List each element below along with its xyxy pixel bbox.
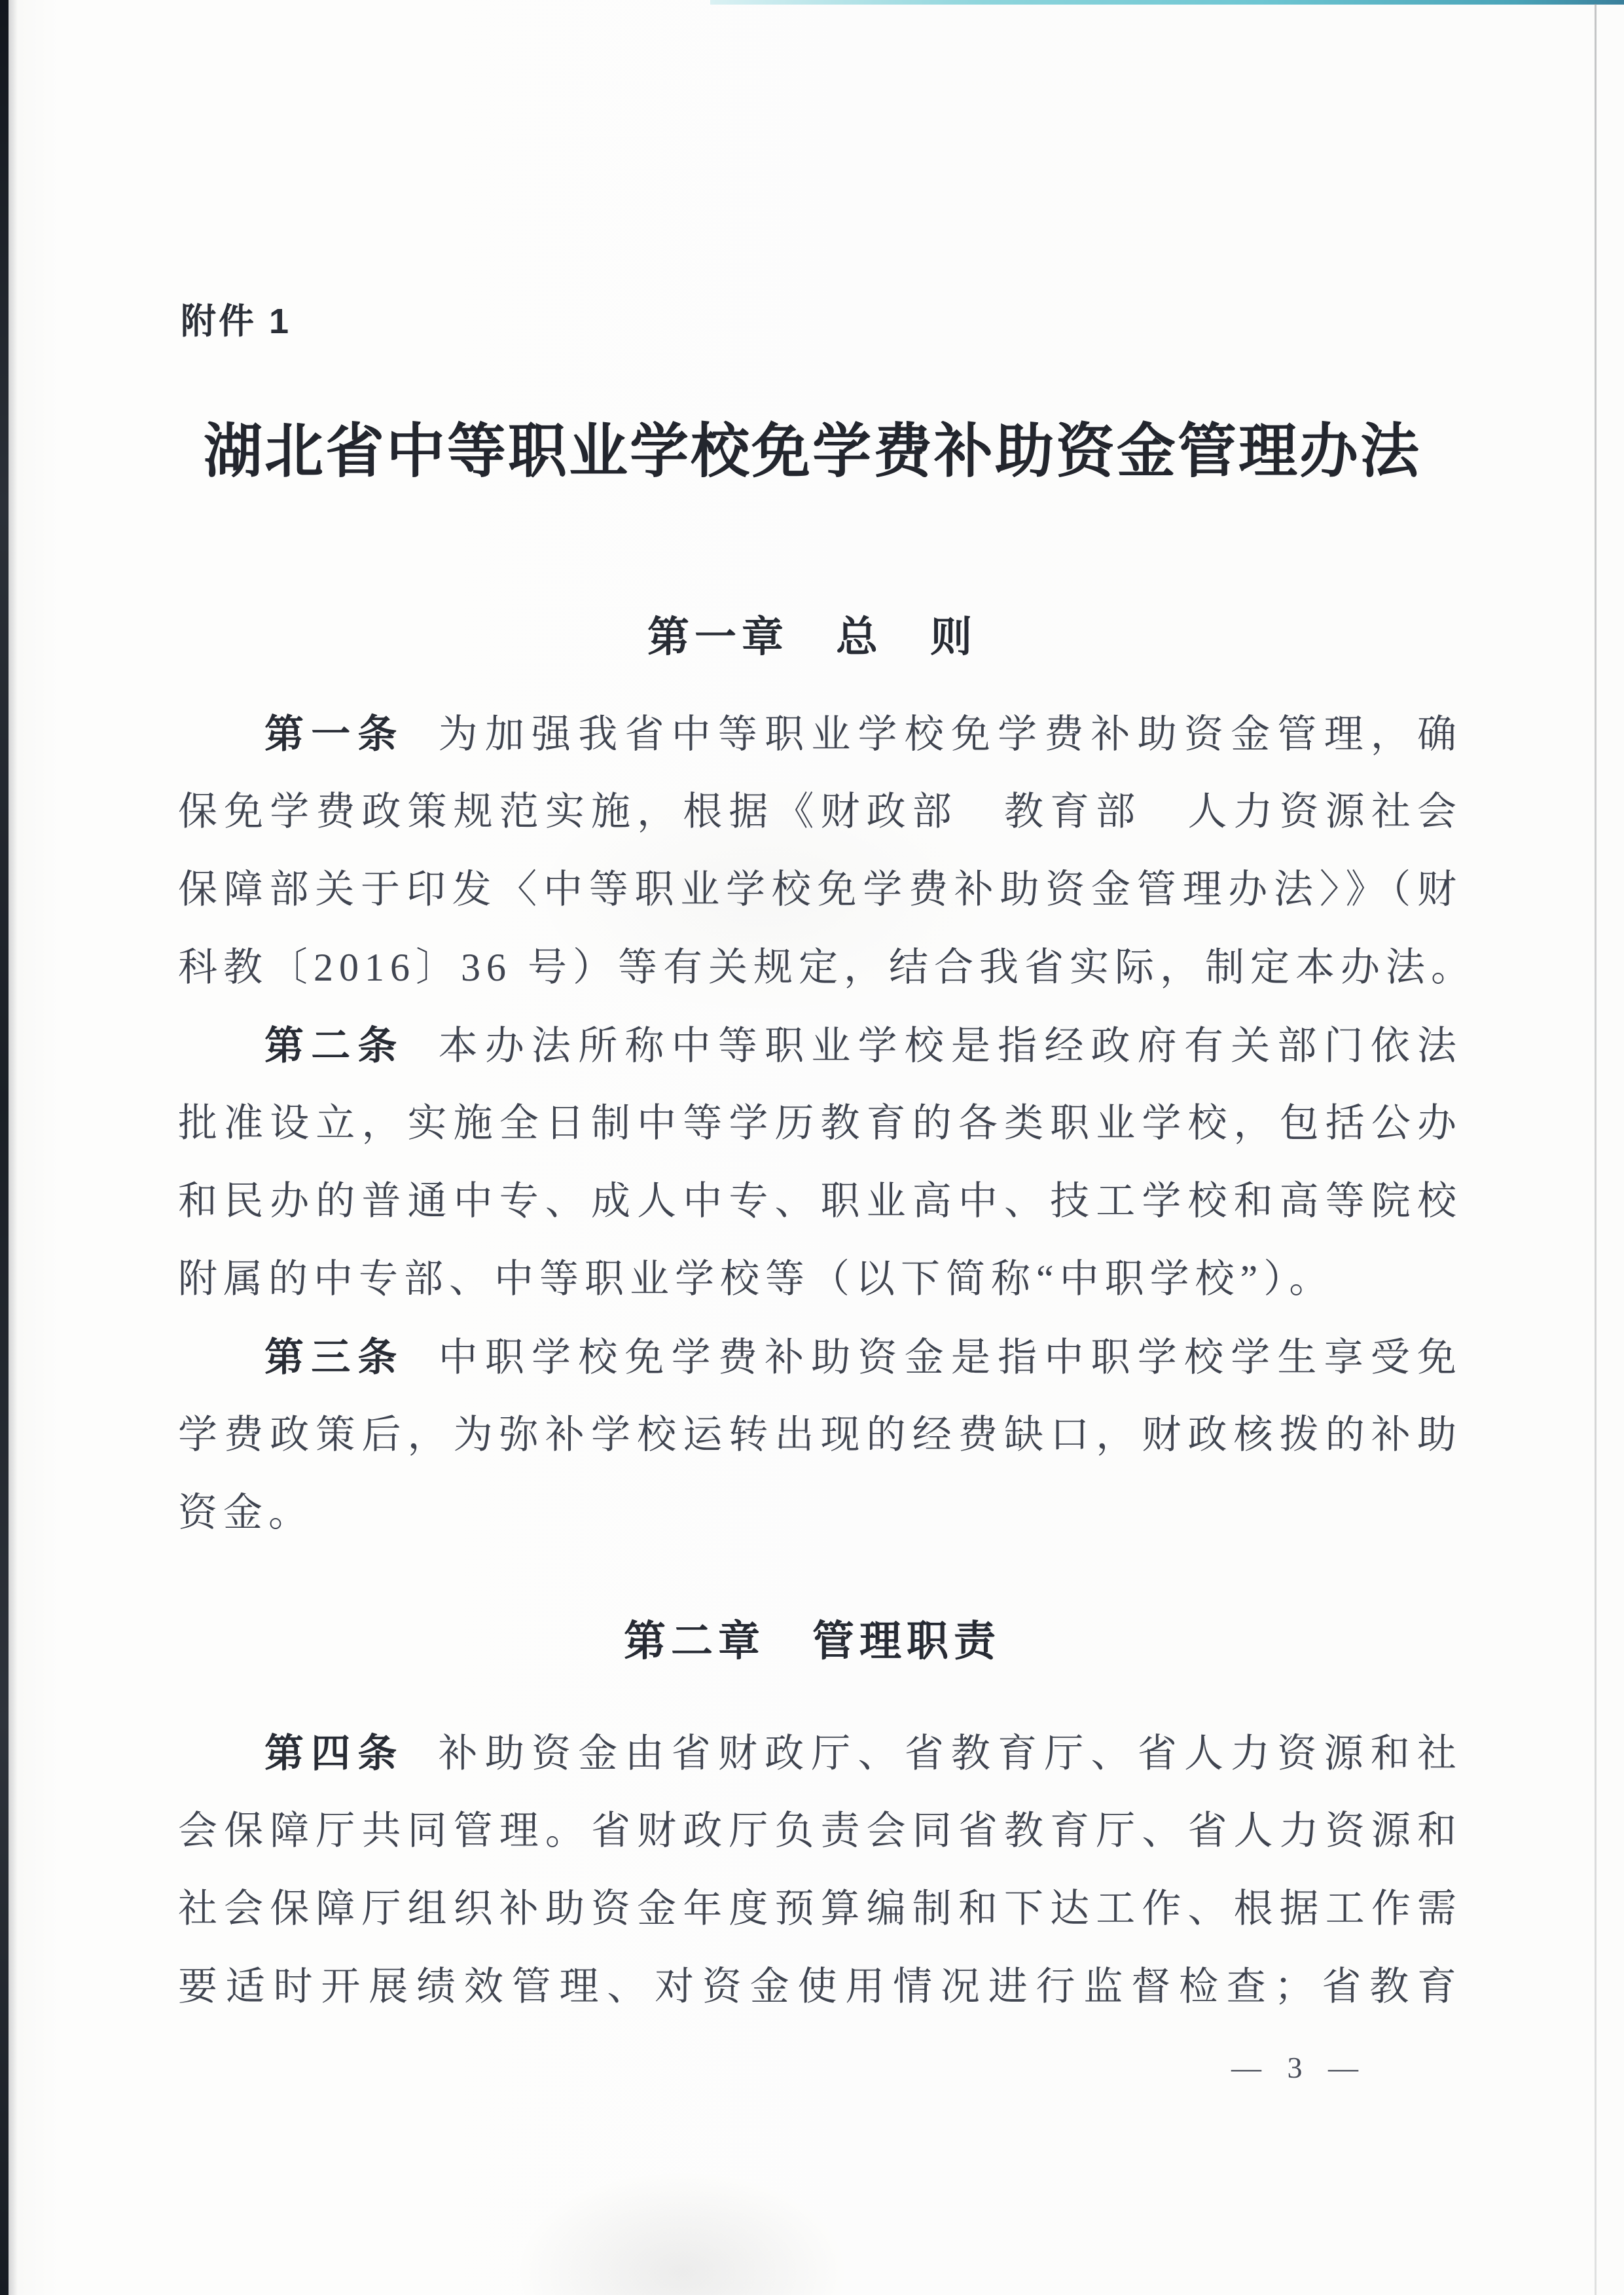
text-line: 保免学费政策规范实施，根据《财政部 教育部 人力资源社会 [178, 773, 1462, 851]
article-3-line-3: 资金。 [178, 1491, 314, 1534]
article-2-line-3: 和民办的普通中专、成人中专、职业高中、技工学校和高等院校 [178, 1180, 1462, 1223]
chapter-2-body: 第四条补助资金由省财政厅、省教育厅、省人力资源和社 会保障厅共同管理。省财政厅负… [178, 1714, 1462, 2026]
text-line: 第二条本办法所称中等职业学校是指经政府有关部门依法 [178, 1007, 1462, 1085]
text-line: 学费政策后，为弥补学校运转出现的经费缺口，财政核拨的补助 [178, 1396, 1462, 1474]
chapter-1-heading: 第一章 总 则 [170, 604, 1454, 664]
article-4-number: 第四条 [264, 1731, 405, 1775]
article-4-line-1: 补助资金由省财政厅、省教育厅、省人力资源和社 [439, 1732, 1462, 1775]
text-line: 社会保障厅组织补助资金年度预算编制和下达工作、根据工作需 [178, 1870, 1462, 1948]
text-line: 保障部关于印发〈中等职业学校免学费补助资金管理办法〉》（财 [178, 851, 1462, 929]
article-1-line-2: 保免学费政策规范实施，根据《财政部 教育部 人力资源社会 [178, 790, 1462, 833]
article-1-line-1: 为加强我省中等职业学校免学费补助资金管理，确 [439, 713, 1462, 756]
text-line: 资金。 [178, 1474, 1462, 1552]
text-line: 第四条补助资金由省财政厅、省教育厅、省人力资源和社 [178, 1714, 1462, 1792]
article-4-line-2: 会保障厅共同管理。省财政厅负责会同省教育厅、省人力资源和 [178, 1809, 1462, 1852]
text-line: 要适时开展绩效管理、对资金使用情况进行监督检查；省教育 [178, 1948, 1462, 2026]
scan-edge-left-strip [0, 0, 9, 2295]
article-4-line-4: 要适时开展绩效管理、对资金使用情况进行监督检查；省教育 [178, 1965, 1462, 2008]
text-line: 科教〔2016〕36 号）等有关规定，结合我省实际，制定本办法。 [178, 929, 1462, 1007]
article-3-line-1: 中职学校免学费补助资金是指中职学校学生享受免 [439, 1336, 1462, 1379]
article-1-line-3: 保障部关于印发〈中等职业学校免学费补助资金管理办法〉》（财 [178, 868, 1462, 911]
article-4-line-3: 社会保障厅组织补助资金年度预算编制和下达工作、根据工作需 [178, 1887, 1462, 1930]
article-2-line-4: 附属的中专部、中等职业学校等（以下简称“中职学校”）。 [178, 1257, 1334, 1301]
article-1-line-4: 科教〔2016〕36 号）等有关规定，结合我省实际，制定本办法。 [178, 946, 1462, 989]
text-line: 第三条中职学校免学费补助资金是指中职学校学生享受免 [178, 1318, 1462, 1396]
article-1-number: 第一条 [264, 712, 405, 756]
article-2-line-2: 批准设立，实施全日制中等学历教育的各类职业学校，包括公办 [178, 1102, 1462, 1145]
attachment-label: 附件 1 [181, 293, 291, 344]
document-title: 湖北省中等职业学校免学费补助资金管理办法 [170, 403, 1454, 488]
text-line: 第一条为加强我省中等职业学校免学费补助资金管理，确 [178, 695, 1462, 773]
article-3-line-2: 学费政策后，为弥补学校运转出现的经费缺口，财政核拨的补助 [178, 1413, 1462, 1456]
scanned-document-page: { "document": { "attachment_label": "附件 … [0, 0, 1624, 2295]
scan-top-accent-strip [710, 0, 1624, 5]
article-2-line-1: 本办法所称中等职业学校是指经政府有关部门依法 [439, 1024, 1462, 1068]
text-line: 会保障厅共同管理。省财政厅负责会同省教育厅、省人力资源和 [178, 1792, 1462, 1870]
text-line: 附属的中专部、中等职业学校等（以下简称“中职学校”）。 [178, 1240, 1462, 1318]
article-3-number: 第三条 [264, 1335, 405, 1379]
chapter-2-heading: 第二章 管理职责 [170, 1608, 1454, 1668]
chapter-1-body: 第一条为加强我省中等职业学校免学费补助资金管理，确 保免学费政策规范实施，根据《… [178, 695, 1462, 1552]
scan-edge-left-shadow [9, 0, 18, 2295]
page-edge-shadow [1595, 4, 1597, 2295]
page-number-footer: — 3 — [1231, 2050, 1367, 2085]
text-line: 和民办的普通中专、成人中专、职业高中、技工学校和高等院校 [178, 1163, 1462, 1240]
text-line: 批准设立，实施全日制中等学历教育的各类职业学校，包括公办 [178, 1085, 1462, 1163]
article-2-number: 第二条 [264, 1024, 405, 1068]
